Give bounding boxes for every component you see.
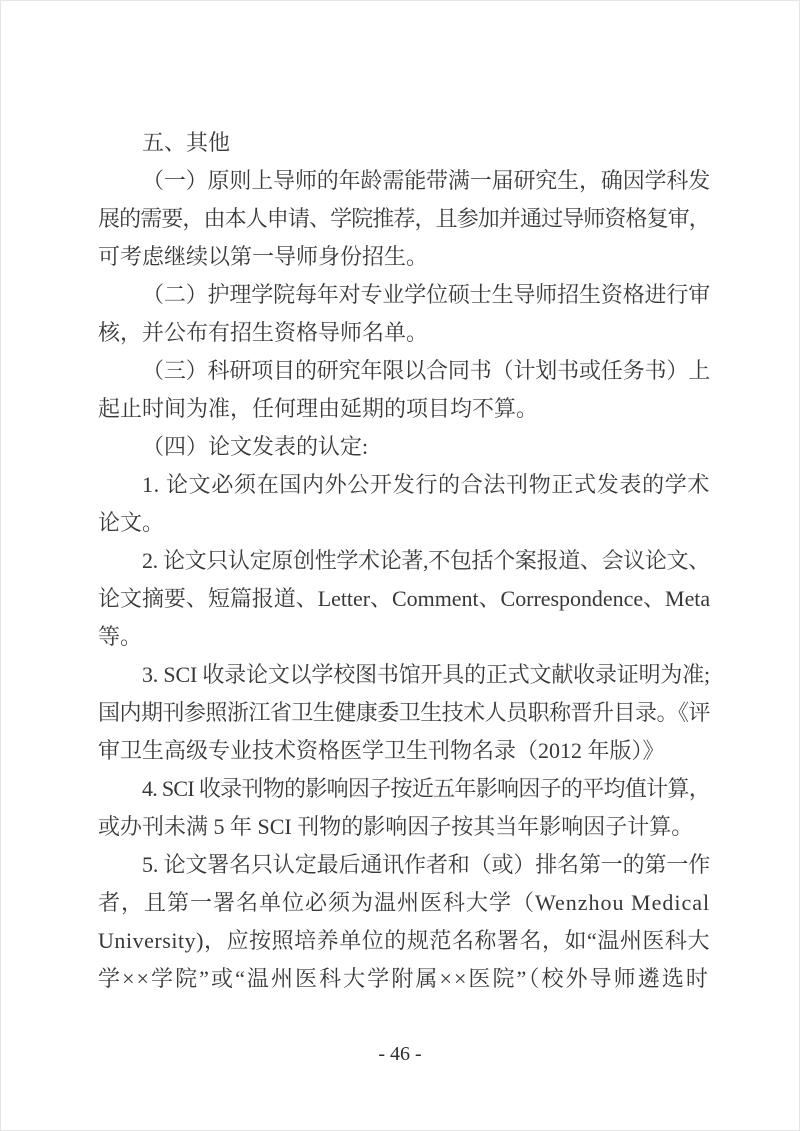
item-4-sub-4: 4. SCI 收录刊物的影响因子按近五年影响因子的平均值计算，或办刊未满 5 年… xyxy=(98,770,710,846)
item-1: （一）原则上导师的年龄需能带满一届研究生，确因学科发展的需要，由本人申请、学院推… xyxy=(98,162,710,276)
item-2: （二）护理学院每年对专业学位硕士生导师招生资格进行审核，并公布有招生资格导师名单… xyxy=(98,276,710,352)
text-line: （二）护理学院每年对专业学位硕士生导师招生资格进行审 xyxy=(142,276,710,314)
text-line: 1. 论文必须在国内外公开发行的合法刊物正式发表的学术 xyxy=(142,466,710,504)
document-page: { "page": { "background": "#ffffff", "te… xyxy=(0,0,800,1131)
text-line: 或办刊未满 5 年 SCI 刊物的影响因子按其当年影响因子计算。 xyxy=(98,808,710,846)
text-line: （三）科研项目的研究年限以合同书（计划书或任务书）上 xyxy=(142,352,710,390)
text-line: 者，且第一署名单位必须为温州医科大学（Wenzhou Medical xyxy=(98,884,710,922)
text-line: 可考虑继续以第一导师身份招生。 xyxy=(98,238,710,276)
text-line: 审卫生高级专业技术资格医学卫生刊物名录（2012 年版）》 xyxy=(98,732,710,770)
text-line: 国内期刊参照浙江省卫生健康委卫生技术人员职称晋升目录。《评 xyxy=(98,694,710,732)
text-line: （四）论文发表的认定: xyxy=(142,428,710,466)
page-footer: - 46 - xyxy=(1,1039,799,1069)
text-line: 3. SCI 收录论文以学校图书馆开具的正式文献收录证明为准; xyxy=(142,656,710,694)
text-line: 论文摘要、短篇报道、Letter、Comment、Correspondence、… xyxy=(98,580,710,618)
item-4-sub-2: 2. 论文只认定原创性学术论著,不包括个案报道、会议论文、论文摘要、短篇报道、L… xyxy=(98,542,710,656)
item-3: （三）科研项目的研究年限以合同书（计划书或任务书）上起止时间为准，任何理由延期的… xyxy=(98,352,710,428)
text-line: 学××学院”或“温州医科大学附属××医院”（校外导师遴选时 xyxy=(98,960,710,998)
text-line: 五、其他 xyxy=(142,124,710,162)
text-line: 起止时间为准，任何理由延期的项目均不算。 xyxy=(98,390,710,428)
text-line: 核，并公布有招生资格导师名单。 xyxy=(98,314,710,352)
text-line: 5. 论文署名只认定最后通讯作者和（或）排名第一的第一作 xyxy=(142,846,710,884)
item-4: （四）论文发表的认定: xyxy=(98,428,710,466)
item-4-sub-1: 1. 论文必须在国内外公开发行的合法刊物正式发表的学术论文。 xyxy=(98,466,710,542)
page-number: - 46 - xyxy=(378,1043,421,1065)
item-4-sub-5: 5. 论文署名只认定最后通讯作者和（或）排名第一的第一作者，且第一署名单位必须为… xyxy=(98,846,710,998)
section-heading-5: 五、其他 xyxy=(98,124,710,162)
document-content: 五、其他（一）原则上导师的年龄需能带满一届研究生，确因学科发展的需要，由本人申请… xyxy=(98,124,710,998)
text-line: University)，应按照培养单位的规范名称署名，如“温州医科大 xyxy=(98,922,710,960)
text-line: 展的需要，由本人申请、学院推荐，且参加并通过导师资格复审， xyxy=(98,200,710,238)
text-line: 4. SCI 收录刊物的影响因子按近五年影响因子的平均值计算， xyxy=(142,770,710,808)
text-line: 论文。 xyxy=(98,504,710,542)
item-4-sub-3: 3. SCI 收录论文以学校图书馆开具的正式文献收录证明为准;国内期刊参照浙江省… xyxy=(98,656,710,770)
text-line: （一）原则上导师的年龄需能带满一届研究生，确因学科发 xyxy=(142,162,710,200)
text-line: 2. 论文只认定原创性学术论著,不包括个案报道、会议论文、 xyxy=(142,542,710,580)
text-line: 等。 xyxy=(98,618,710,656)
